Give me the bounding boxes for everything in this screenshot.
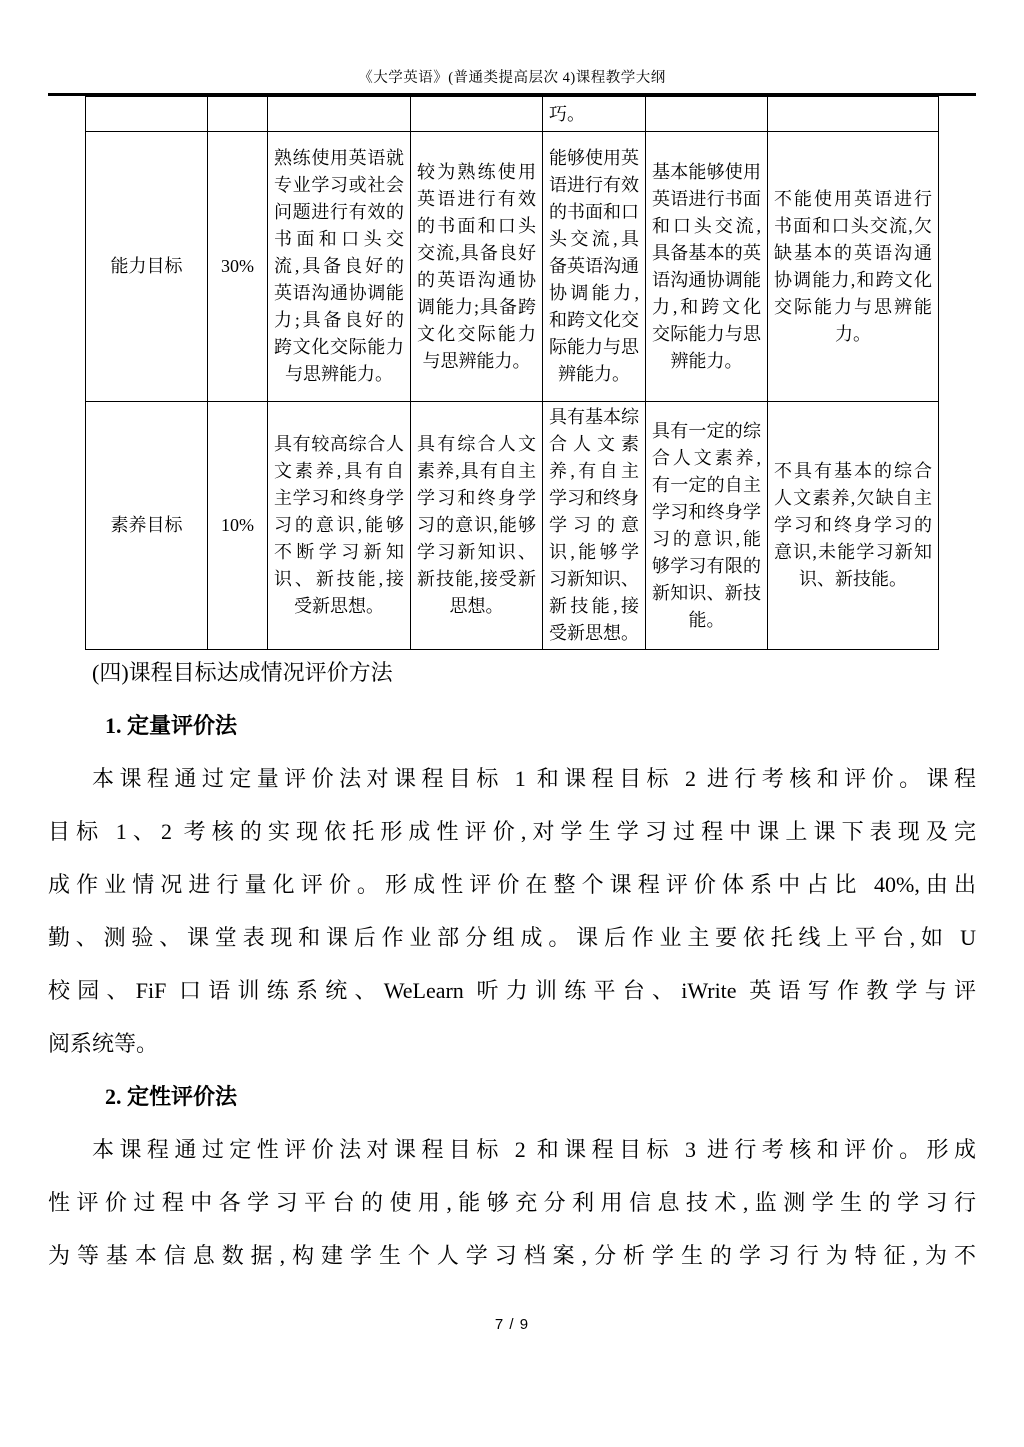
section-heading-4: (四)课程目标达成情况评价方法 bbox=[48, 646, 976, 699]
paragraph-line: 目标 1、2 考核的实现依托形成性评价,对学生学习过程中课上课下表现及完 bbox=[48, 805, 976, 858]
grade-criteria-cell: 具有一定的综合人文素养,有一定的自主学习和终身学习的意识,能够学习有限的新知识、… bbox=[646, 402, 768, 650]
grade-criteria-cell: 具有综合人文素养,具有自主学习和终身学习的意识,能够学习新知识、新技能,接受新思… bbox=[411, 402, 543, 650]
grade-criteria-cell: 不具有基本的综合人文素养,欠缺自主学习和终身学习的意识,未能学习新知识、新技能。 bbox=[768, 402, 939, 650]
paragraph-line: 校园、FiF 口语训练系统、WeLearn 听力训练平台、iWrite 英语写作… bbox=[48, 964, 976, 1017]
table-row-ability-objective: 能力目标 30% 熟练使用英语就专业学习或社会问题进行有效的书面和口头交流,具备… bbox=[86, 132, 939, 402]
paragraph-line: 阅系统等。 bbox=[48, 1017, 976, 1070]
subsection-heading-quantitative: 1. 定量评价法 bbox=[48, 699, 976, 752]
grade-criteria-cell: 具有较高综合人文素养,具有自主学习和终身学习的意识,能够不断学习新知识、新技能,… bbox=[268, 402, 411, 650]
row-label-cell: 素养目标 bbox=[86, 402, 208, 650]
empty-cell bbox=[646, 97, 768, 132]
paragraph-quantitative: 本课程通过定量评价法对课程目标 1 和课程目标 2 进行考核和评价。课程 目标 … bbox=[48, 752, 976, 1070]
running-header-title: 《大学英语》(普通类提高层次 4)课程教学大纲 bbox=[48, 66, 976, 87]
row-weight-cell: 30% bbox=[208, 132, 268, 402]
paragraph-line: 成作业情况进行量化评价。形成性评价在整个课程评价体系中占比 40%,由出 bbox=[48, 858, 976, 911]
row-weight-cell: 10% bbox=[208, 402, 268, 650]
grade-criteria-cell: 不能使用英语进行书面和口头交流,欠缺基本的英语沟通协调能力,和跨文化交际能力与思… bbox=[768, 132, 939, 402]
paragraph-line: 勤、测验、课堂表现和课后作业部分组成。课后作业主要依托线上平台,如 U bbox=[48, 911, 976, 964]
grade-criteria-cell: 能够使用英语进行有效的书面和口头交流,具备英语沟通协调能力,和跨文化交际能力与思… bbox=[543, 132, 646, 402]
subsection-heading-qualitative: 2. 定性评价法 bbox=[48, 1070, 976, 1123]
document-page: 《大学英语》(普通类提高层次 4)课程教学大纲 巧。 能力目标 bbox=[0, 0, 1024, 1447]
paragraph-line: 为等基本信息数据,构建学生个人学习档案,分析学生的学习行为特征,为不 bbox=[48, 1229, 976, 1282]
paragraph-line: 本课程通过定性评价法对课程目标 2 和课程目标 3 进行考核和评价。形成 bbox=[48, 1123, 976, 1176]
grade-criteria-cell: 具有基本综合人文素养,有自主学习和终身学习的意识,能够学习新知识、新技能,接受新… bbox=[543, 402, 646, 650]
course-objectives-rubric-table: 巧。 能力目标 30% 熟练使用英语就专业学习或社会问题进行有效的书面和口头交流… bbox=[85, 96, 939, 650]
empty-cell bbox=[208, 97, 268, 132]
empty-cell bbox=[86, 97, 208, 132]
empty-cell bbox=[268, 97, 411, 132]
document-body: (四)课程目标达成情况评价方法 1. 定量评价法 本课程通过定量评价法对课程目标… bbox=[48, 646, 976, 1282]
grade-criteria-cell: 熟练使用英语就专业学习或社会问题进行有效的书面和口头交流,具备良好的英语沟通协调… bbox=[268, 132, 411, 402]
row-label-cell: 能力目标 bbox=[86, 132, 208, 402]
table-row-quality-objective: 素养目标 10% 具有较高综合人文素养,具有自主学习和终身学习的意识,能够不断学… bbox=[86, 402, 939, 650]
paragraph-line: 性评价过程中各学习平台的使用,能够充分利用信息技术,监测学生的学习行 bbox=[48, 1176, 976, 1229]
paragraph-line: 本课程通过定量评价法对课程目标 1 和课程目标 2 进行考核和评价。课程 bbox=[48, 752, 976, 805]
grade-criteria-cell: 较为熟练使用英语进行有效的书面和口头交流,具备良好的英语沟通协调能力;具备跨文化… bbox=[411, 132, 543, 402]
table-row-continuation: 巧。 bbox=[86, 97, 939, 132]
continuation-text-cell: 巧。 bbox=[543, 97, 646, 132]
paragraph-qualitative: 本课程通过定性评价法对课程目标 2 和课程目标 3 进行考核和评价。形成 性评价… bbox=[48, 1123, 976, 1282]
empty-cell bbox=[411, 97, 543, 132]
page-number: 7 / 9 bbox=[0, 1316, 1024, 1333]
empty-cell bbox=[768, 97, 939, 132]
grade-criteria-cell: 基本能够使用英语进行书面和口头交流,具备基本的英语沟通协调能力,和跨文化交际能力… bbox=[646, 132, 768, 402]
